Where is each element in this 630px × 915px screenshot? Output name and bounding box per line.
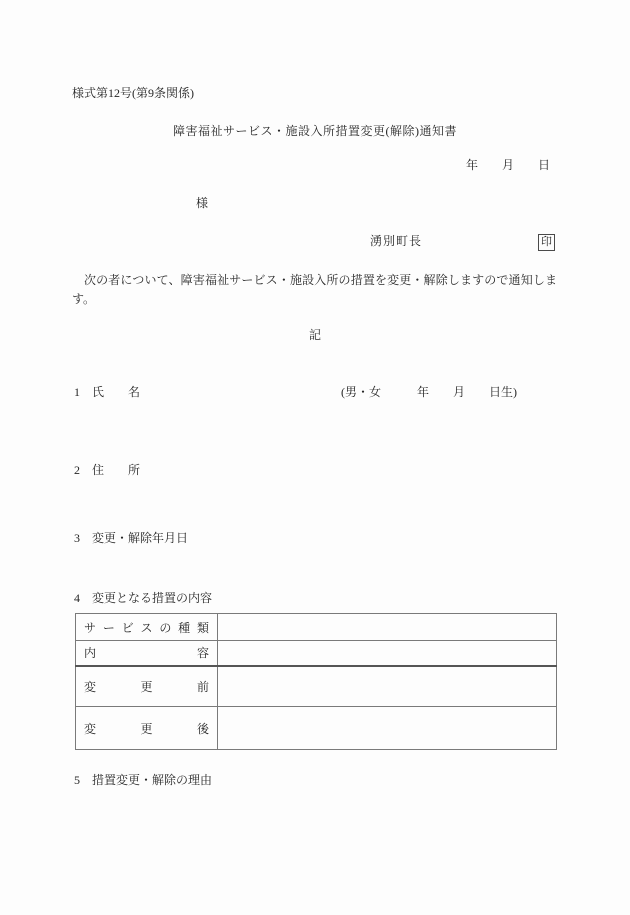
before-change-value [218,666,557,707]
sender-title: 湧別町長 [370,235,422,247]
addressee-honorific: 様 [196,197,208,209]
table-row-after-change: 変更後 [76,707,557,750]
record-heading: 記 [0,329,630,341]
table-row-before-change: 変更前 [76,666,557,707]
item-measure-content-label: 4 変更となる措置の内容 [74,592,212,604]
service-type-header: サービスの種類 [76,614,218,641]
after-change-header: 変更後 [76,707,218,750]
item-change-date-label: 3 変更・解除年月日 [74,532,188,544]
item-name-gender-birthdate: (男・女 年 月 日生) [341,386,517,398]
seal-mark: 印 [538,234,555,251]
after-change-value [218,707,557,750]
form-number: 様式第12号(第9条関係) [72,87,194,99]
table-row-service-type: サービスの種類 [76,614,557,641]
item-name-label: 1 氏 名 [74,386,140,398]
notice-body: 次の者について、障害福祉サービス・施設入所の措置を変更・解除しますので通知します… [72,271,557,309]
item-address-label: 2 住 所 [74,464,140,476]
measure-content-table: サービスの種類 内容 変更前 変更後 [75,613,557,750]
after-change-header-label: 変更後 [84,720,209,737]
before-change-header-label: 変更前 [84,678,209,695]
content-header-label: 内容 [84,644,209,661]
table-row-content: 内容 [76,641,557,666]
before-change-header: 変更前 [76,666,218,707]
service-type-value [218,614,557,641]
content-value [218,641,557,666]
document-page: 様式第12号(第9条関係) 障害福祉サービス・施設入所措置変更(解除)通知書 年… [0,0,630,915]
date-line: 年 月 日 [466,159,550,171]
document-title: 障害福祉サービス・施設入所措置変更(解除)通知書 [0,125,630,137]
item-reason-label: 5 措置変更・解除の理由 [74,774,212,786]
seal-character: 印 [541,236,552,248]
content-header: 内容 [76,641,218,666]
service-type-header-label: サービスの種類 [84,619,209,636]
